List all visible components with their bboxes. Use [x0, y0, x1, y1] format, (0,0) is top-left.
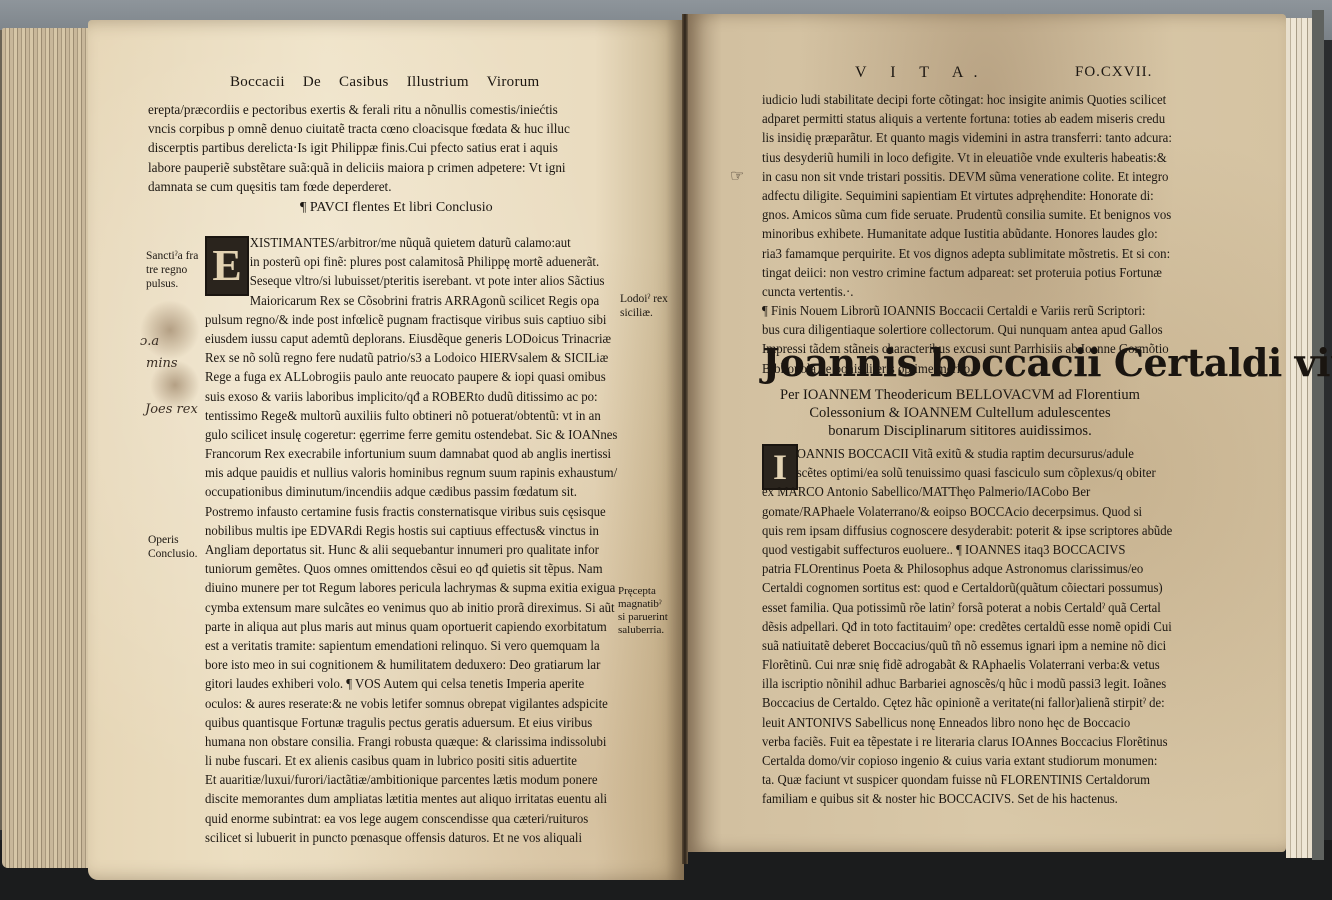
text-line: gomate/RAPhaele Volaterrano/& eoipso BOC… — [762, 502, 1172, 521]
page-block-right — [1286, 18, 1312, 858]
text-line: Francorum Rex execrabile infortunium suu… — [205, 444, 617, 463]
left-top-text: erepta/præcordiis e pectoribus exertis &… — [148, 100, 570, 196]
text-line: adparet permitti status aliquis a verten… — [762, 109, 1172, 128]
margin-note-sanctius: Sanctiˀa fra tre regno pulsus. — [146, 249, 198, 291]
text-line: ta. Quæ faciunt vt suspicer quondam fuis… — [762, 770, 1172, 789]
text-line: occupationibus diminutum/incendiis adque… — [205, 482, 617, 501]
colophon-line: bus cura diligentiaque solertiore collec… — [762, 320, 1172, 339]
text-line: Certaldi cognomen sortitus est: quod e C… — [762, 578, 1172, 597]
text-line: Et auaritiæ/luxui/furori/iactãtiæ/ambiti… — [205, 770, 617, 789]
text-line: gulo scilicet insulę cogeretur: ęgerrime… — [205, 425, 617, 444]
folio-number: FO.CXVII. — [1075, 64, 1152, 81]
text-line: Rex se nõ solũ regno fere nudatũ patrio/… — [205, 348, 617, 367]
text-line: minoribus exhibete. Humanitate adque Ius… — [762, 224, 1172, 243]
margin-note-operis: Operis Conclusio. — [148, 533, 198, 561]
vita-title: Joannis boccacii Certaldi vita — [762, 340, 1332, 385]
handwritten-note: mins — [146, 356, 178, 371]
text-line: bore isto meo in sui cognitionem & humil… — [205, 655, 617, 674]
text-line: Florẽtinũ. Cui nræ snię fidẽ adrogabãt &… — [762, 655, 1172, 674]
book-cover-right — [1312, 10, 1324, 860]
text-line: mis adque pauidis et nullius valoris hom… — [205, 463, 617, 482]
text-line: esset familia. Qua potissimũ rõe latinˀ … — [762, 598, 1172, 617]
text-line: in posterũ opi finẽ: plures post calamit… — [205, 252, 617, 271]
book-gutter — [682, 14, 688, 864]
text-line: ria3 famamque perquirite. Et vos dignos … — [762, 244, 1172, 263]
text-line: diuino munere per tot Regum labores peri… — [205, 578, 617, 597]
text-line: tingat deiici: non vestro crimine factum… — [762, 263, 1172, 282]
text-line: suis exoso & variis laboribus implicito/… — [205, 387, 617, 406]
text-line: gnos. Amicos sũma cum fide seruate. Prud… — [762, 205, 1172, 224]
text-line: leuit ANTONIVS Sabellicus nonę Enneados … — [762, 713, 1172, 732]
text-line: scẽtes optimi/ea solũ tenuissimo quasi f… — [762, 463, 1172, 482]
text-line: eiusdem iussu caput ademtũ deplorans. Ei… — [205, 329, 617, 348]
text-line: scilicet si lubuerit in puncto pœnasque … — [205, 828, 617, 847]
text-line: dẽsis adpellari. Qđ in toto factitauimˀ … — [762, 617, 1172, 636]
text-line: Boccacius de Certaldo. Cętez hãc opinion… — [762, 693, 1172, 712]
text-line: labore pauperiẽ substẽtare suã:quã in de… — [148, 158, 570, 177]
text-line: Rege a fuga ex ALLobrogiis paulo ante re… — [205, 367, 617, 386]
text-line: quis rem ipsam diffusius cognoscere desy… — [762, 521, 1172, 540]
text-line: iudicio ludi stabilitate decipi forte cõ… — [762, 90, 1172, 109]
text-line: tuniorum gemẽtes. Quos omnes omittendos … — [205, 559, 617, 578]
text-line: XISTIMANTES/arbitror/me nũquã quietem da… — [205, 233, 617, 252]
title-byline: Per IOANNEM Theodericum BELLOVACVM ad Fl… — [740, 386, 1180, 440]
text-line: pulsum regno/& inde post infœlicẽ pugnam… — [205, 310, 617, 329]
colophon-line: ¶ Finis Nouem Librorũ IOANNIS Boccacii C… — [762, 301, 1172, 320]
text-line: vncis corpibus p omnẽ denuo ciuitatẽ tra… — [148, 119, 570, 138]
text-line: parte in aliqua aut plus maris aut minus… — [205, 617, 617, 636]
left-main-text: XISTIMANTES/arbitror/me nũquã quietem da… — [205, 233, 629, 847]
text-line: discerptis partibus derelicta·Is igit Ph… — [148, 138, 570, 157]
handwritten-note: Joes rex — [145, 402, 198, 417]
text-line: quid enorme subintrat: ea vos lege augem… — [205, 809, 617, 828]
right-running-header: V I T A. — [855, 64, 987, 82]
text-line: li nube fuscari. Et ex alienis casibus q… — [205, 751, 617, 770]
text-line: gitori laudes exhiberi volo. ¶ VOS Autem… — [205, 674, 617, 693]
text-line: lis insidię præparãtur. Et quanto magis … — [762, 128, 1172, 147]
text-line: humana non obstare consilia. Frangi robu… — [205, 732, 617, 751]
text-line: ex MARCO Antonio Sabellico/MATThęo Palme… — [762, 482, 1172, 501]
right-body-text: OANNIS BOCCACII Vitã exitũ & studia rapt… — [762, 444, 1187, 809]
pointing-hand-icon: ☞ — [730, 166, 744, 186]
text-line: quod vestigabit suffecturos euoluere.. ¶… — [762, 540, 1172, 559]
text-line: cymba extensum mare sulcãtes eo venimus … — [205, 598, 617, 617]
text-line: est a veritatis tramite: sapientum emend… — [205, 636, 617, 655]
ink-stain — [140, 300, 200, 360]
text-line: Maioricarum Rex se Cõsobrini fratris ARR… — [205, 291, 617, 310]
section-heading: ¶ PAVCI flentes Et libri Conclusio — [300, 200, 493, 216]
text-line: Seseque vltro/si lubuisset/pteritis iser… — [205, 271, 617, 290]
text-line: Postremo infausto certamine fusis fracti… — [205, 502, 617, 521]
left-running-header: Boccacii De Casibus Illustrium Virorum — [230, 74, 540, 91]
text-line: cuncta vertentis.·. — [762, 282, 1172, 301]
text-line: quibus quantisque Fortunæ tragulis pectu… — [205, 713, 617, 732]
text-line: nobilibus multis ipe EDVARdi Regis hosti… — [205, 521, 617, 540]
text-line: tius desyderiũ humili in loco defigite. … — [762, 148, 1172, 167]
text-line: Certalda domo/vir copioso ingenio & cuiu… — [762, 751, 1172, 770]
text-line: erepta/præcordiis e pectoribus exertis &… — [148, 100, 570, 119]
page-block-left — [2, 28, 102, 868]
text-line: damnata se cum quęsitis tam fœde deperde… — [148, 177, 570, 196]
text-line: verba faciẽs. Fuit ea tẽpestate i re lit… — [762, 732, 1172, 751]
margin-note-lodoicus: Lodoiˀ rex siciliæ. — [620, 292, 668, 320]
text-line: Angliam deportatus sit. Hunc & alii sequ… — [205, 540, 617, 559]
margin-note-precepta: Pręcepta magnatibˀ si paruerint saluberr… — [618, 585, 668, 637]
text-line: patria FLOrentinus Poeta & Philosophus a… — [762, 559, 1172, 578]
text-line: OANNIS BOCCACII Vitã exitũ & studia rapt… — [762, 444, 1172, 463]
text-line: discite memorantes dum ampliatas lætitia… — [205, 789, 617, 808]
handwritten-note: ɔ.a — [140, 334, 159, 349]
text-line: familiam e quibus sit & noster hic BOCCA… — [762, 789, 1172, 808]
text-line: illa iscriptio nõnihil adhuc Barbariei a… — [762, 674, 1172, 693]
text-line: suã natiuitatẽ deberet Boccacius/quũ tñ … — [762, 636, 1172, 655]
right-top-text: iudicio ludi stabilitate decipi forte cõ… — [762, 90, 1184, 378]
text-line: tentissimo Rege& multorũ auxiliis fulto … — [205, 406, 617, 425]
text-line: in casu non sit vnde tristari possitis. … — [762, 167, 1172, 186]
text-line: oculos: & aures reserate:& ne vobis leti… — [205, 694, 617, 713]
text-line: adfectu diligite. Sequimini sapientiam E… — [762, 186, 1172, 205]
